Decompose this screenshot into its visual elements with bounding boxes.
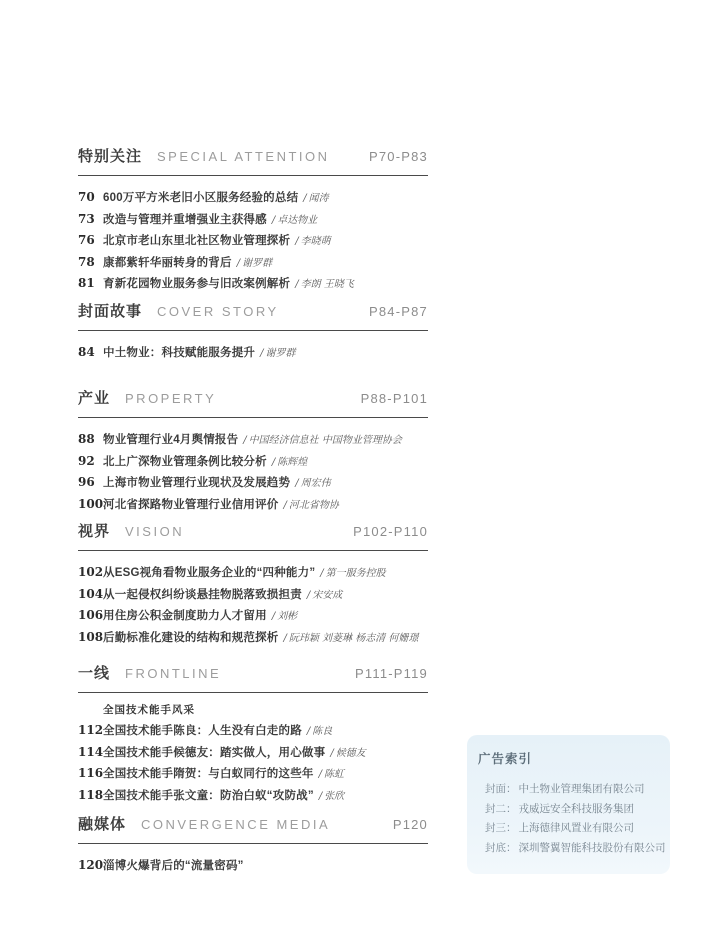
entry-author: 卓达物业 — [277, 215, 317, 226]
section-title-cn: 产业 — [78, 388, 110, 409]
ad-entry-label: 封面： — [485, 783, 517, 795]
entry-separator: / — [272, 457, 275, 468]
entry-author: 候德友 — [336, 748, 366, 759]
section-page-range: P111-P119 — [355, 663, 428, 684]
section-page-range: P84-P87 — [369, 301, 428, 322]
section-page-range: P70-P83 — [369, 146, 428, 167]
entry-page-number: 118 — [78, 786, 103, 806]
ad-index-entry: 封二：戎威远安全科技服务集团 — [485, 800, 658, 820]
entry-title: 淄博火爆背后的“流量密码” — [103, 860, 244, 872]
entry-separator: / — [284, 633, 287, 644]
entry-author: 陈辉煌 — [277, 457, 307, 468]
toc-entry: 81育新花园物业服务参与旧改案例解析/李朗 王晓飞 — [78, 273, 428, 295]
entry-title: 中土物业：科技赋能服务提升 — [103, 347, 255, 359]
ad-index-title: 广告索引 — [478, 751, 658, 768]
entry-separator: / — [243, 435, 246, 446]
entry-page-number: 108 — [78, 628, 103, 648]
entry-author: 李晓萌 — [301, 236, 331, 247]
section-title-en: COVER STORY — [157, 301, 279, 322]
entry-page-number: 106 — [78, 606, 103, 626]
entry-author: 阮玮颖 刘菱琳 杨志清 何姗璟 — [289, 633, 419, 644]
section-header: 封面故事 COVER STORY P84-P87 — [78, 301, 428, 331]
entry-page-number: 88 — [78, 430, 103, 450]
entry-title: 北上广深物业管理条例比较分析 — [103, 456, 267, 468]
entry-author: 中国经济信息社 中国物业管理协会 — [249, 435, 402, 446]
section-cover-story: 封面故事 COVER STORY P84-P87 84中土物业：科技赋能服务提升… — [78, 301, 428, 364]
entry-separator: / — [303, 193, 306, 204]
toc-entry-list: 120淄博火爆背后的“流量密码” — [78, 844, 428, 877]
entry-separator: / — [295, 279, 298, 290]
entry-separator: / — [284, 500, 287, 511]
ad-entry-company: 中土物业管理集团有限公司 — [519, 783, 645, 795]
ad-entry-label: 封底： — [485, 842, 517, 854]
section-convergence-media: 融媒体 CONVERGENCE MEDIA P120 120淄博火爆背后的“流量… — [78, 814, 428, 877]
entry-author: 陈虹 — [324, 769, 344, 780]
entry-separator: / — [320, 568, 323, 579]
ad-entry-company: 深圳警翼智能科技股份有限公司 — [519, 842, 666, 854]
ad-index-entry: 封三：上海德律风置业有限公司 — [485, 819, 658, 839]
section-frontline: 一线 FRONTLINE P111-P119 全国技术能手风采 112全国技术能… — [78, 663, 428, 806]
section-title-cn: 融媒体 — [78, 814, 126, 835]
ad-index-entry: 封面：中土物业管理集团有限公司 — [485, 780, 658, 800]
section-vision: 视界 VISION P102-P110 102从ESG视角看物业服务企业的“四种… — [78, 521, 428, 648]
section-title-en: CONVERGENCE MEDIA — [141, 814, 330, 835]
entry-title: 600万平方米老旧小区服务经验的总结 — [103, 192, 298, 204]
entry-page-number: 104 — [78, 585, 103, 605]
entry-title: 从ESG视角看物业服务企业的“四种能力” — [103, 567, 315, 579]
magazine-toc-page: 特别关注 SPECIAL ATTENTION P70-P83 70600万平方米… — [0, 0, 722, 939]
entry-author: 张欣 — [324, 791, 344, 802]
entry-author: 周宏伟 — [301, 478, 331, 489]
toc-entry: 120淄博火爆背后的“流量密码” — [78, 855, 428, 877]
entry-title: 育新花园物业服务参与旧改案例解析 — [103, 278, 290, 290]
section-page-range: P102-P110 — [353, 521, 428, 542]
ad-entry-company: 上海德律风置业有限公司 — [519, 822, 635, 834]
entry-separator: / — [260, 348, 263, 359]
entry-author: 谢罗群 — [265, 348, 295, 359]
toc-entry-list: 112全国技术能手陈良：人生没有白走的路/陈良 114全国技术能手候德友：踏实做… — [78, 720, 428, 806]
toc-entry: 92北上广深物业管理条例比较分析/陈辉煌 — [78, 451, 428, 473]
section-header: 产业 PROPERTY P88-P101 — [78, 388, 428, 418]
ad-entry-label: 封三： — [485, 822, 517, 834]
entry-title: 物业管理行业4月舆情报告 — [103, 434, 238, 446]
section-title-cn: 特别关注 — [78, 146, 142, 167]
toc-entry: 108后勤标准化建设的结构和规范探析/阮玮颖 刘菱琳 杨志清 何姗璟 — [78, 627, 428, 649]
entry-author: 谢罗群 — [242, 258, 272, 269]
entry-author: 刘彬 — [277, 611, 297, 622]
section-title-en: SPECIAL ATTENTION — [157, 146, 330, 167]
section-title-en: FRONTLINE — [125, 663, 221, 684]
entry-page-number: 78 — [78, 253, 103, 273]
entry-page-number: 116 — [78, 764, 103, 784]
entry-author: 第一服务控股 — [326, 568, 386, 579]
toc-entry: 100河北省探路物业管理行业信用评价/河北省物协 — [78, 494, 428, 516]
toc-entry: 104从一起侵权纠纷谈悬挂物脱落致损担责/宋安成 — [78, 584, 428, 606]
ad-index-list: 封面：中土物业管理集团有限公司 封二：戎威远安全科技服务集团 封三：上海德律风置… — [485, 780, 658, 862]
entry-separator: / — [237, 258, 240, 269]
toc-entry: 73改造与管理并重增强业主获得感/卓达物业 — [78, 209, 428, 231]
entry-page-number: 76 — [78, 231, 103, 251]
entry-author: 陈良 — [312, 726, 332, 737]
toc-entry: 102从ESG视角看物业服务企业的“四种能力”/第一服务控股 — [78, 562, 428, 584]
section-header: 一线 FRONTLINE P111-P119 — [78, 663, 428, 693]
toc-entry: 112全国技术能手陈良：人生没有白走的路/陈良 — [78, 720, 428, 742]
ad-index-entry: 封底：深圳警翼智能科技股份有限公司 — [485, 839, 658, 859]
entry-separator: / — [295, 236, 298, 247]
section-header: 特别关注 SPECIAL ATTENTION P70-P83 — [78, 146, 428, 176]
ad-entry-company: 戎威远安全科技服务集团 — [519, 803, 635, 815]
section-page-range: P120 — [393, 814, 428, 835]
entry-page-number: 84 — [78, 343, 103, 363]
entry-page-number: 81 — [78, 274, 103, 294]
entry-separator: / — [319, 769, 322, 780]
toc-entry: 118全国技术能手张文童：防治白蚁“攻防战”/张欣 — [78, 785, 428, 807]
entry-page-number: 96 — [78, 473, 103, 493]
entry-title: 上海市物业管理行业现状及发展趋势 — [103, 477, 290, 489]
toc-entry: 96上海市物业管理行业现状及发展趋势/周宏伟 — [78, 472, 428, 494]
section-title-en: VISION — [125, 521, 184, 542]
entry-title: 北京市老山东里北社区物业管理探析 — [103, 235, 290, 247]
entry-separator: / — [307, 590, 310, 601]
toc-entry-list: 84中土物业：科技赋能服务提升/谢罗群 — [78, 331, 428, 364]
section-property: 产业 PROPERTY P88-P101 88物业管理行业4月舆情报告/中国经济… — [78, 388, 428, 515]
entry-page-number: 102 — [78, 563, 103, 583]
entry-separator: / — [330, 748, 333, 759]
toc-entry: 84中土物业：科技赋能服务提升/谢罗群 — [78, 342, 428, 364]
entry-author: 李朗 王晓飞 — [301, 279, 354, 290]
entry-title: 康都紫轩华丽转身的背后 — [103, 257, 232, 269]
entry-title: 用住房公积金制度助力人才留用 — [103, 610, 267, 622]
ad-entry-label: 封二： — [485, 803, 517, 815]
entry-page-number: 70 — [78, 188, 103, 208]
toc-entry: 88物业管理行业4月舆情报告/中国经济信息社 中国物业管理协会 — [78, 429, 428, 451]
section-title-cn: 一线 — [78, 663, 110, 684]
entry-page-number: 92 — [78, 452, 103, 472]
entry-page-number: 120 — [78, 856, 103, 876]
toc-entry: 106用住房公积金制度助力人才留用/刘彬 — [78, 605, 428, 627]
section-subheader: 全国技术能手风采 — [103, 702, 428, 717]
ad-index-box: 广告索引 封面：中土物业管理集团有限公司 封二：戎威远安全科技服务集团 封三：上… — [467, 735, 670, 874]
section-title-cn: 封面故事 — [78, 301, 142, 322]
section-header: 视界 VISION P102-P110 — [78, 521, 428, 551]
toc-entry-list: 70600万平方米老旧小区服务经验的总结/闻涛 73改造与管理并重增强业主获得感… — [78, 176, 428, 295]
entry-separator: / — [272, 215, 275, 226]
entry-title: 改造与管理并重增强业主获得感 — [103, 214, 267, 226]
section-page-range: P88-P101 — [361, 388, 428, 409]
toc-entry: 70600万平方米老旧小区服务经验的总结/闻涛 — [78, 187, 428, 209]
entry-author: 河北省物协 — [289, 500, 339, 511]
entry-title: 全国技术能手隋贺：与白蚁同行的这些年 — [103, 768, 314, 780]
toc-entry: 114全国技术能手候德友：踏实做人，用心做事/候德友 — [78, 742, 428, 764]
section-special-attention: 特别关注 SPECIAL ATTENTION P70-P83 70600万平方米… — [78, 146, 428, 295]
entry-page-number: 114 — [78, 743, 103, 763]
entry-separator: / — [319, 791, 322, 802]
entry-title: 全国技术能手张文童：防治白蚁“攻防战” — [103, 790, 314, 802]
entry-author: 宋安成 — [312, 590, 342, 601]
entry-separator: / — [272, 611, 275, 622]
toc-entry: 76北京市老山东里北社区物业管理探析/李晓萌 — [78, 230, 428, 252]
entry-title: 全国技术能手候德友：踏实做人，用心做事 — [103, 747, 325, 759]
entry-title: 全国技术能手陈良：人生没有白走的路 — [103, 725, 302, 737]
toc-entry-list: 102从ESG视角看物业服务企业的“四种能力”/第一服务控股 104从一起侵权纠… — [78, 551, 428, 648]
entry-separator: / — [307, 726, 310, 737]
section-header: 融媒体 CONVERGENCE MEDIA P120 — [78, 814, 428, 844]
toc-entry-list: 88物业管理行业4月舆情报告/中国经济信息社 中国物业管理协会 92北上广深物业… — [78, 418, 428, 515]
entry-author: 闻涛 — [309, 193, 329, 204]
entry-page-number: 73 — [78, 210, 103, 230]
entry-title: 河北省探路物业管理行业信用评价 — [103, 499, 279, 511]
entry-separator: / — [295, 478, 298, 489]
entry-title: 从一起侵权纠纷谈悬挂物脱落致损担责 — [103, 589, 302, 601]
entry-title: 后勤标准化建设的结构和规范探析 — [103, 632, 279, 644]
toc-entry: 78康都紫轩华丽转身的背后/谢罗群 — [78, 252, 428, 274]
toc-entry: 116全国技术能手隋贺：与白蚁同行的这些年/陈虹 — [78, 763, 428, 785]
entry-page-number: 100 — [78, 495, 103, 515]
entry-page-number: 112 — [78, 721, 103, 741]
section-title-en: PROPERTY — [125, 388, 216, 409]
section-title-cn: 视界 — [78, 521, 110, 542]
